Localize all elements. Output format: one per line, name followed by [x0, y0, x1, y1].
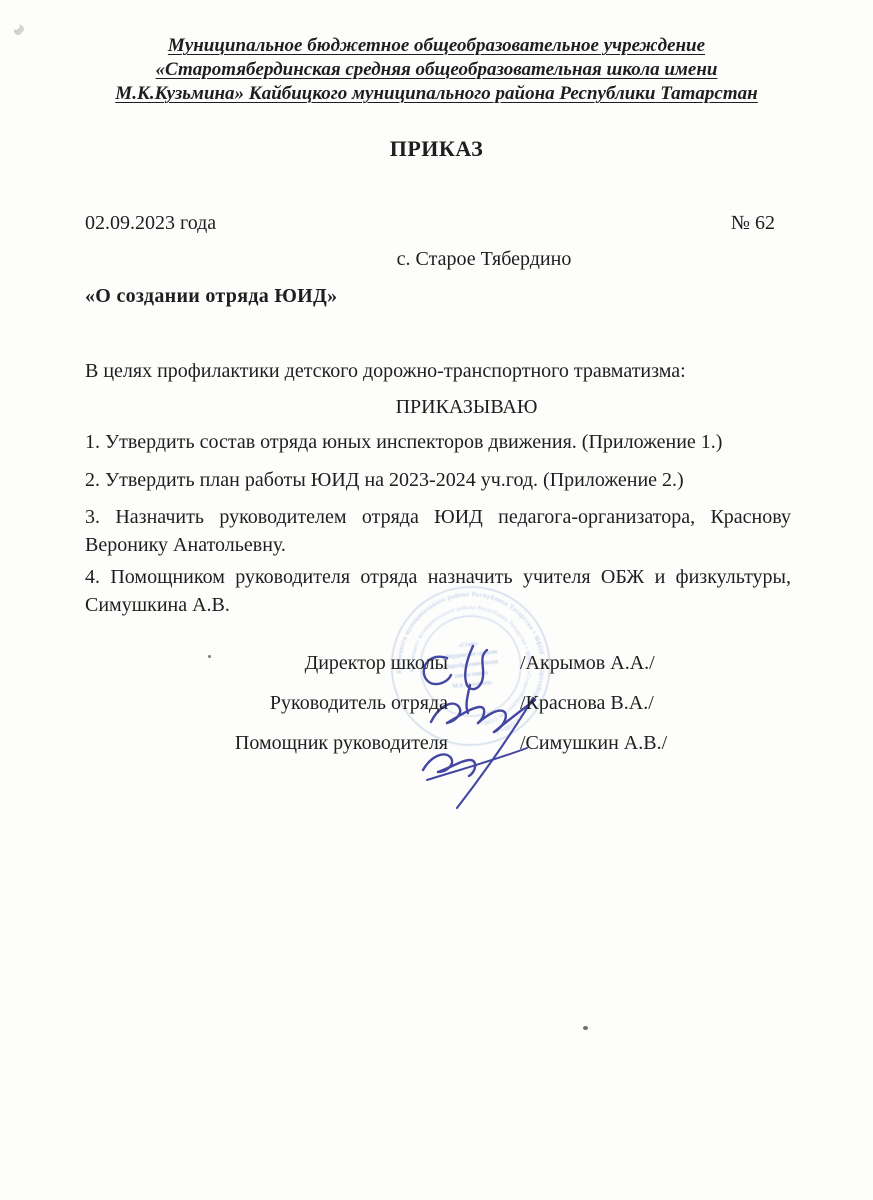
subject-line: «О создании отряда ЮИД» [85, 285, 337, 308]
scanned-document-page: Муниципальное бюджетное общеобразователь… [0, 0, 873, 1200]
date-number-row: 02.09.2023 года № 62 [85, 212, 775, 235]
intro-paragraph: В целях профилактики детского дорожно-тр… [85, 360, 791, 383]
org-header-line: «Старотябердинская средняя общеобразоват… [0, 58, 873, 82]
signature-row: Помощник руководителя /Симушкин А.В./ [85, 730, 791, 756]
scan-artifact [583, 1026, 588, 1030]
signature-ink [395, 618, 585, 818]
scan-artifact [12, 22, 20, 30]
signature-role: Директор школы [85, 650, 448, 676]
order-item-line: Веронику Анатольевну. [85, 531, 791, 559]
signature-role: Помощник руководителя [85, 730, 448, 756]
signature-name: /Краснова В.А./ [520, 690, 654, 716]
org-header-line: М.К.Кузьмина» Кайбицкого муниципального … [0, 82, 873, 106]
place-line: с. Старое Тябердино [0, 248, 873, 271]
scan-artifact [208, 655, 211, 658]
signature-row: Руководитель отряда /Краснова В.А./ [85, 690, 791, 716]
resolve-word: ПРИКАЗЫВАЮ [0, 396, 873, 419]
order-item-3: 3. Назначить руководителем отряда ЮИД пе… [85, 503, 791, 559]
signature-row: Директор школы /Акрымов А.А./ [85, 650, 791, 676]
org-header: Муниципальное бюджетное общеобразователь… [0, 34, 873, 106]
order-item-line: 3. Назначить руководителем отряда ЮИД пе… [85, 503, 791, 531]
signature-role: Руководитель отряда [85, 690, 448, 716]
order-item-line: 2. Утвердить план работы ЮИД на 2023-202… [85, 466, 791, 494]
signature-name: /Акрымов А.А./ [520, 650, 655, 676]
order-item-line: 1. Утвердить состав отряда юных инспекто… [85, 428, 791, 456]
order-item-1: 1. Утвердить состав отряда юных инспекто… [85, 428, 791, 456]
org-header-line: Муниципальное бюджетное общеобразователь… [0, 34, 873, 58]
order-item-2: 2. Утвердить план работы ЮИД на 2023-202… [85, 466, 791, 494]
document-title: ПРИКАЗ [0, 136, 873, 162]
order-date: 02.09.2023 года [85, 212, 216, 235]
signature-name: /Симушкин А.В./ [520, 730, 667, 756]
order-number: № 62 [731, 212, 775, 235]
